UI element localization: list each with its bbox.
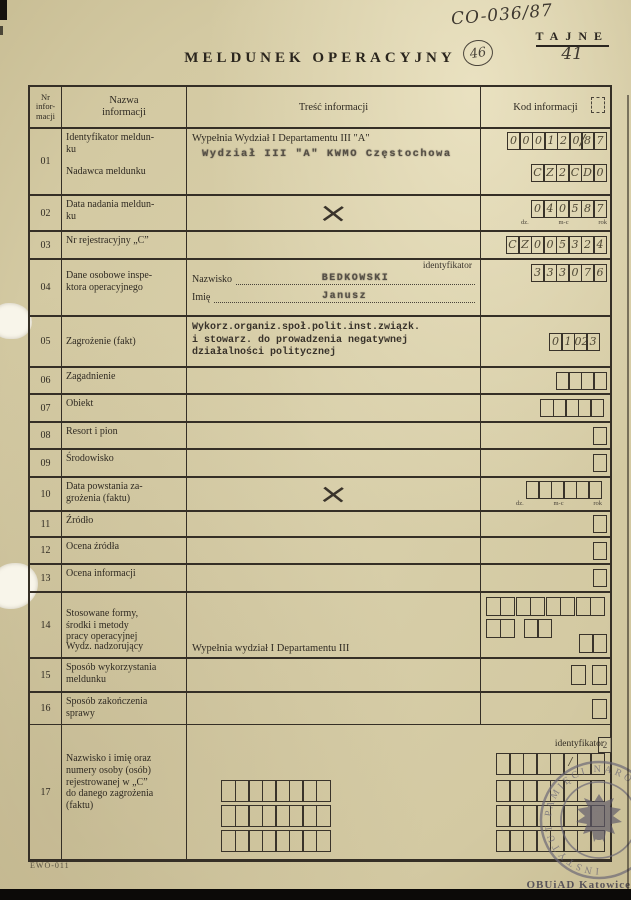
row-nr: 16 bbox=[30, 693, 62, 724]
code-pair bbox=[546, 597, 575, 616]
code-boxes bbox=[556, 372, 608, 390]
code-boxes bbox=[571, 665, 586, 685]
form-title: MELDUNEK OPERACYJNY bbox=[28, 50, 612, 67]
row-02: 02 Data nadania meldun- ku × 040587 dz. … bbox=[30, 194, 610, 230]
printed-note: Wypełnia Wydział I Departamentu III "A" bbox=[192, 133, 475, 144]
code-box: 3 bbox=[586, 333, 600, 351]
slash-mark: / bbox=[579, 132, 586, 150]
row-13: 13 Ocena informacji bbox=[30, 563, 610, 591]
scan-edge bbox=[627, 95, 629, 889]
x-mark: × bbox=[318, 478, 350, 510]
code-box bbox=[316, 780, 331, 802]
row-nr: 10 bbox=[30, 478, 62, 510]
row-label: Ocena informacji bbox=[62, 565, 187, 591]
row-15: 15 Sposób wykorzystania meldunku bbox=[30, 657, 610, 691]
code-boxes bbox=[540, 399, 604, 417]
row-01: 01 Identyfikator meldun- ku Nadawca meld… bbox=[30, 127, 610, 194]
row-nr: 11 bbox=[30, 512, 62, 536]
code-box bbox=[537, 619, 552, 638]
code-boxes-inspektor: 333076 bbox=[531, 264, 608, 282]
code-box: 7 bbox=[593, 132, 607, 150]
identyfikator-label: identyfikator bbox=[423, 261, 472, 271]
row-label: Resort i pion bbox=[62, 423, 187, 448]
row-11: 11 Źródło bbox=[30, 510, 610, 536]
code-pair bbox=[516, 597, 545, 616]
code-boxes bbox=[592, 699, 607, 719]
form-code: EWO-011 bbox=[30, 861, 70, 870]
row-nr: 05 bbox=[30, 317, 62, 366]
code-pair bbox=[486, 619, 515, 638]
row-label: Data nadania meldun- ku bbox=[62, 196, 187, 230]
row-label: Stosowane formy, środki i metody pracy o… bbox=[66, 608, 138, 643]
row-nr: 07 bbox=[30, 395, 62, 421]
nazwisko-value: BEDKOWSKI bbox=[236, 273, 475, 285]
code-boxes-date: 040587 bbox=[531, 200, 608, 218]
code-boxes-nadawca: CZ2CD0 bbox=[531, 164, 608, 182]
row-label: Źródło bbox=[62, 512, 187, 536]
row-label: Nazwisko i imię oraz numery osoby (osób)… bbox=[62, 725, 187, 859]
code-box bbox=[593, 515, 607, 533]
label-year: rok bbox=[598, 219, 607, 226]
row-08: 08 Resort i pion bbox=[30, 421, 610, 448]
imie-value: Janusz bbox=[214, 291, 475, 303]
row-nr: 17 bbox=[30, 725, 62, 859]
row-12: 12 Ocena źródła bbox=[30, 536, 610, 563]
row-10: 10 Data powstania za- grożenia (faktu) ×… bbox=[30, 476, 610, 510]
printed-note: Wypełnia wydział I Departamentu III bbox=[192, 643, 349, 654]
row-label: Zagrożenie (fakt) bbox=[62, 317, 187, 366]
row-label: Środowisko bbox=[62, 450, 187, 476]
handwritten-ref-number: CO-036/87 bbox=[450, 1, 553, 30]
imie-label: Imię bbox=[192, 292, 210, 303]
code-box: 7 bbox=[593, 200, 607, 218]
x-mark: × bbox=[318, 197, 350, 229]
code-box bbox=[593, 542, 607, 560]
code-boxes-zagrozenie: 01023 bbox=[549, 333, 601, 351]
code-box: 6 bbox=[593, 264, 607, 282]
code-box bbox=[592, 634, 607, 653]
code-box bbox=[592, 665, 607, 685]
row-04: 04 Dane osobowe inspe- ktora operacyjneg… bbox=[30, 258, 610, 315]
label-day: dz. bbox=[516, 500, 524, 507]
date-unit-labels: dz. m-c rok bbox=[516, 500, 602, 507]
row-nr: 09 bbox=[30, 450, 62, 476]
code-boxes bbox=[593, 427, 607, 445]
code-boxes bbox=[593, 569, 607, 587]
row-label: Identyfikator meldun- ku bbox=[66, 132, 182, 156]
code-box bbox=[316, 830, 331, 852]
header-nr: Nr infor- macji bbox=[30, 87, 62, 127]
row-nr: 13 bbox=[30, 565, 62, 591]
sender-stamp: Wydział III "A" KWMO Częstochowa bbox=[202, 148, 475, 160]
nazwisko-label: Nazwisko bbox=[192, 274, 232, 285]
label-day: dz. bbox=[521, 219, 529, 226]
row-label: Nr rejestracyjny „C” bbox=[62, 232, 187, 258]
threat-description: Wykorz.organiz.społ.polit.inst.związk. i… bbox=[192, 322, 475, 360]
row-17: 17 Nazwisko i imię oraz numery osoby (os… bbox=[30, 724, 610, 859]
row-nr: 03 bbox=[30, 232, 62, 258]
row-06: 06 Zagadnienie bbox=[30, 366, 610, 393]
row-label: Dane osobowe inspe- ktora operacyjnego bbox=[62, 260, 187, 315]
code-box: 0 bbox=[593, 164, 607, 182]
code-box bbox=[590, 399, 604, 417]
code-box bbox=[590, 597, 605, 616]
code-boxes bbox=[592, 665, 607, 685]
row-14: 14 Stosowane formy, środki i metody prac… bbox=[30, 591, 610, 657]
code-box bbox=[571, 665, 586, 685]
person-number-boxes bbox=[221, 780, 331, 802]
sub-row-label: Wydz. nadzorujący bbox=[66, 641, 143, 653]
label-month: m-c bbox=[553, 500, 563, 507]
row-nr: 06 bbox=[30, 368, 62, 393]
table-header-row: Nr infor- macji Nazwa informacji Treść i… bbox=[30, 87, 610, 127]
code-pair bbox=[486, 597, 515, 616]
code-boxes-rejestr: CZ005324 bbox=[506, 236, 608, 254]
code-boxes-identyfikator: 000120/87 bbox=[507, 132, 608, 150]
row-nr: 04 bbox=[30, 260, 62, 315]
scan-artifact bbox=[0, 0, 7, 20]
code-box bbox=[530, 597, 545, 616]
person-number-boxes bbox=[221, 830, 331, 852]
scanned-form-page: CO-036/87 TAJNE 46 41 MELDUNEK OPERACYJN… bbox=[0, 0, 631, 900]
person-number-boxes bbox=[221, 805, 331, 827]
scan-artifact bbox=[0, 26, 3, 35]
row-03: 03 Nr rejestracyjny „C” CZ005324 bbox=[30, 230, 610, 258]
row-label: Data powstania za- grożenia (faktu) bbox=[62, 478, 187, 510]
row-nr: 02 bbox=[30, 196, 62, 230]
code-box bbox=[500, 619, 515, 638]
date-unit-labels: dz. m-c rok bbox=[521, 219, 607, 226]
code-box bbox=[588, 481, 602, 499]
row-label: Obiekt bbox=[62, 395, 187, 421]
code-box bbox=[500, 597, 515, 616]
code-box bbox=[592, 699, 607, 719]
row-09: 09 Środowisko bbox=[30, 448, 610, 476]
form-table: Nr infor- macji Nazwa informacji Treść i… bbox=[28, 85, 612, 862]
row-nr: 12 bbox=[30, 538, 62, 563]
identyfikator-label: identyfikator bbox=[555, 739, 604, 749]
code-boxes bbox=[593, 454, 607, 472]
row-label: Nadawca meldunku bbox=[66, 166, 182, 178]
label-month: m-c bbox=[558, 219, 568, 226]
header-tresc: Treść informacji bbox=[187, 87, 481, 127]
row-label: Sposób zakończenia sprawy bbox=[62, 693, 187, 724]
header-kod: Kod informacji bbox=[513, 102, 577, 113]
code-boxes bbox=[593, 542, 607, 560]
kod-corner-box bbox=[591, 97, 605, 113]
code-pair bbox=[524, 619, 553, 638]
row-label: Ocena źródła bbox=[62, 538, 187, 563]
row-05: 05 Zagrożenie (fakt) Wykorz.organiz.społ… bbox=[30, 315, 610, 366]
row-label: Sposób wykorzystania meldunku bbox=[62, 659, 187, 691]
label-year: rok bbox=[593, 500, 602, 507]
code-pair bbox=[576, 597, 605, 616]
code-boxes-date bbox=[526, 481, 603, 499]
row-nr: 14 bbox=[30, 593, 62, 657]
row-16: 16 Sposób zakończenia sprawy bbox=[30, 691, 610, 724]
row-nr: 08 bbox=[30, 423, 62, 448]
code-box: 4 bbox=[593, 236, 607, 254]
archive-round-stamp: INSTYTUT PAMIĘCI NARODOWEJ bbox=[533, 754, 631, 886]
header-nazwa: Nazwa informacji bbox=[62, 87, 187, 127]
row-nr: 01 bbox=[30, 129, 62, 194]
code-box bbox=[593, 569, 607, 587]
row-07: 07 Obiekt bbox=[30, 393, 610, 421]
code-box bbox=[593, 454, 607, 472]
row-nr: 15 bbox=[30, 659, 62, 691]
code-box bbox=[593, 427, 607, 445]
code-pair-wydz bbox=[579, 634, 608, 653]
code-box bbox=[593, 372, 607, 390]
code-box bbox=[316, 805, 331, 827]
code-boxes bbox=[593, 515, 607, 533]
scan-edge bbox=[0, 889, 631, 900]
eagle-emblem bbox=[576, 794, 622, 842]
code-box bbox=[560, 597, 575, 616]
row-label: Zagadnienie bbox=[62, 368, 187, 393]
